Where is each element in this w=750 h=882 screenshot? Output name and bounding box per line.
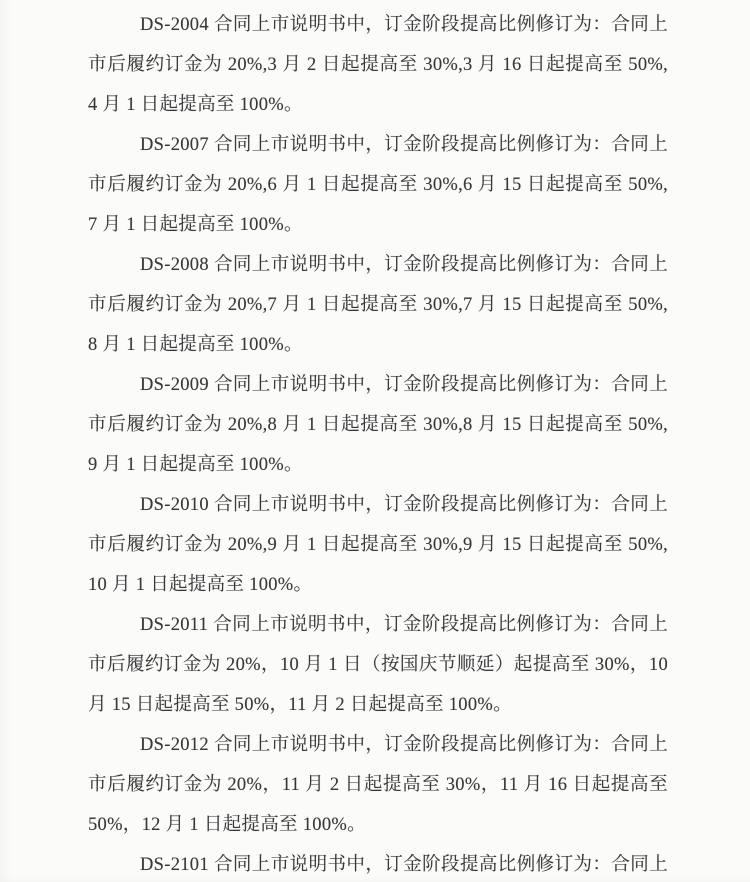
doc-line: 50%，12 月 1 日起提高至 100%。 [88, 805, 668, 845]
paragraph-ds-2008: DS-2008 合同上市说明书中，订金阶段提高比例修订为：合同上 市后履约订金为… [88, 245, 668, 365]
paragraph-ds-2011: DS-2011 合同上市说明书中，订金阶段提高比例修订为：合同上 市后履约订金为… [88, 605, 668, 725]
paragraph-ds-2010: DS-2010 合同上市说明书中，订金阶段提高比例修订为：合同上 市后履约订金为… [88, 485, 668, 605]
doc-line: 9 月 1 日起提高至 100%。 [88, 445, 668, 485]
doc-line: 市后履约订金为 20%,8 月 1 日起提高至 30%,8 月 15 日起提高至… [88, 405, 668, 445]
paragraph-ds-2004: DS-2004 合同上市说明书中，订金阶段提高比例修订为：合同上 市后履约订金为… [88, 5, 668, 125]
doc-line: 市后履约订金为 20%,6 月 1 日起提高至 30%,6 月 15 日起提高至… [88, 165, 668, 205]
doc-line: DS-2012 合同上市说明书中，订金阶段提高比例修订为：合同上 [88, 725, 668, 765]
doc-line: DS-2010 合同上市说明书中，订金阶段提高比例修订为：合同上 [88, 485, 668, 525]
doc-line: DS-2007 合同上市说明书中，订金阶段提高比例修订为：合同上 [88, 125, 668, 165]
doc-line: DS-2101 合同上市说明书中，订金阶段提高比例修订为：合同上 [88, 845, 668, 882]
doc-line: DS-2008 合同上市说明书中，订金阶段提高比例修订为：合同上 [88, 245, 668, 285]
doc-line: DS-2009 合同上市说明书中，订金阶段提高比例修订为：合同上 [88, 365, 668, 405]
document-page: DS-2004 合同上市说明书中，订金阶段提高比例修订为：合同上 市后履约订金为… [0, 0, 750, 882]
doc-line: 市后履约订金为 20%，10 月 1 日（按国庆节顺延）起提高至 30%，10 [88, 645, 668, 685]
paragraph-ds-2007: DS-2007 合同上市说明书中，订金阶段提高比例修订为：合同上 市后履约订金为… [88, 125, 668, 245]
doc-line: 市后履约订金为 20%,7 月 1 日起提高至 30%,7 月 15 日起提高至… [88, 285, 668, 325]
paragraph-ds-2009: DS-2009 合同上市说明书中，订金阶段提高比例修订为：合同上 市后履约订金为… [88, 365, 668, 485]
doc-line: 市后履约订金为 20%,3 月 2 日起提高至 30%,3 月 16 日起提高至… [88, 45, 668, 85]
doc-line: 市后履约订金为 20%，11 月 2 日起提高至 30%，11 月 16 日起提… [88, 765, 668, 805]
doc-line: 月 15 日起提高至 50%，11 月 2 日起提高至 100%。 [88, 685, 668, 725]
doc-line: 7 月 1 日起提高至 100%。 [88, 205, 668, 245]
paragraph-ds-2101: DS-2101 合同上市说明书中，订金阶段提高比例修订为：合同上 [88, 845, 668, 882]
paragraph-ds-2012: DS-2012 合同上市说明书中，订金阶段提高比例修订为：合同上 市后履约订金为… [88, 725, 668, 845]
doc-line: 8 月 1 日起提高至 100%。 [88, 325, 668, 365]
doc-line: 10 月 1 日起提高至 100%。 [88, 565, 668, 605]
doc-line: 市后履约订金为 20%,9 月 1 日起提高至 30%,9 月 15 日起提高至… [88, 525, 668, 565]
doc-line: DS-2011 合同上市说明书中，订金阶段提高比例修订为：合同上 [88, 605, 668, 645]
doc-line: DS-2004 合同上市说明书中，订金阶段提高比例修订为：合同上 [88, 5, 668, 45]
doc-line: 4 月 1 日起提高至 100%。 [88, 85, 668, 125]
